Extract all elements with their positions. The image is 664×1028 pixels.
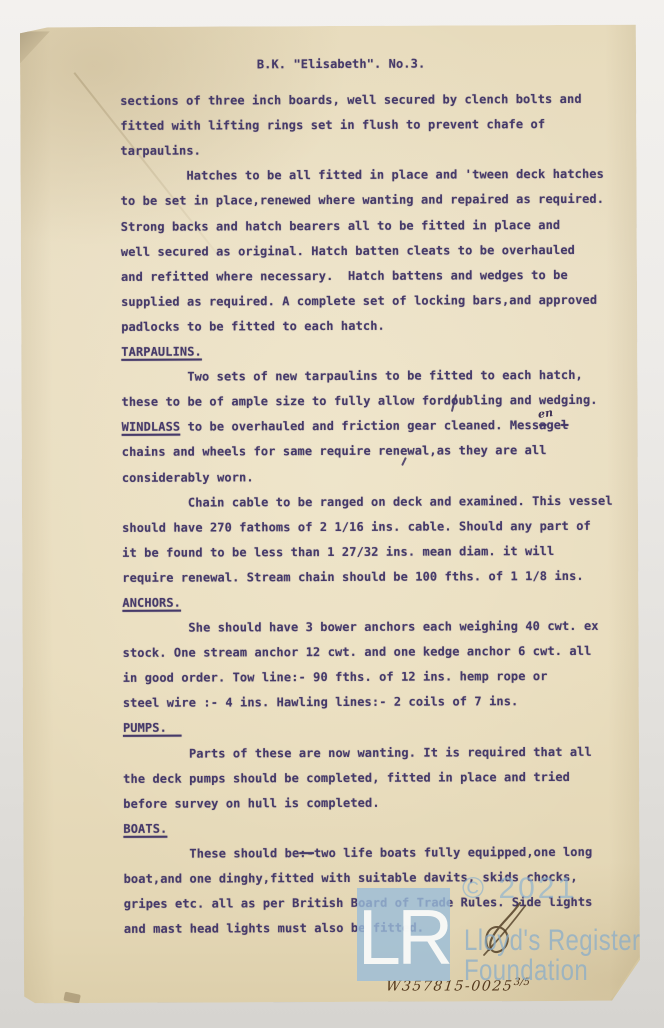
handwritten-correction: en xyxy=(537,406,554,421)
page-title: B.K. "Elisabeth". No.3. xyxy=(120,51,606,78)
text-line: it be found to be less than 1 27/32 ins.… xyxy=(122,539,608,566)
reference-number: W357815-00253/5 xyxy=(385,977,530,995)
text-line: these to be of ample size to fully allow… xyxy=(121,388,607,415)
text-line: should have 270 fathoms of 2 1/16 ins. c… xyxy=(122,513,608,540)
text-line: to be set in place,renewed where wanting… xyxy=(121,187,607,214)
reference-number-text: W357815-0025 xyxy=(385,979,514,995)
text-line: These should be:-two life boats fully eq… xyxy=(123,840,609,867)
text-line: well secured as original. Hatch batten c… xyxy=(121,237,607,264)
text-line: tarpaulins. xyxy=(120,137,606,164)
text-line: sections of three inch boards, well secu… xyxy=(120,87,606,114)
text-line: in good order. Tow line:- 90 fths. of 12… xyxy=(123,664,609,691)
top-left-fold xyxy=(20,31,50,63)
text-line: steel wire :- 4 ins. Hawling lines:- 2 c… xyxy=(123,689,609,716)
text-line: Hatches to be all fitted in place and 't… xyxy=(120,162,606,189)
text-line: before survey on hull is completed. xyxy=(123,790,609,817)
text-line: Strong backs and hatch bearers all to be… xyxy=(121,212,607,239)
text-line: stock. One stream anchor 12 cwt. and one… xyxy=(123,639,609,666)
text-line: fitted with lifting rings set in flush t… xyxy=(120,112,606,139)
text-line: PUMPS. xyxy=(123,714,609,741)
text-line: ANCHORS. xyxy=(122,589,608,616)
text-line: considerably worn. xyxy=(122,463,608,490)
text-line: and refitted where necessary. Hatch batt… xyxy=(121,263,607,290)
reference-number-suffix: 3/5 xyxy=(513,977,530,988)
text-line: require renewal. Stream chain should be … xyxy=(122,564,608,591)
document-page: B.K. "Elisabeth". No.3. sections of thre… xyxy=(20,25,640,1004)
text-line: Two sets of new tarpaulins to be fitted … xyxy=(121,363,607,390)
text-line: supplied as required. A complete set of … xyxy=(121,288,607,315)
text-line: She should have 3 bower anchors each wei… xyxy=(122,614,608,641)
handwritten-signature xyxy=(478,899,540,963)
text-line: Parts of these are now wanting. It is re… xyxy=(123,739,609,766)
text-line: boat,and one dinghy,fitted with suitable… xyxy=(124,865,610,892)
bottom-right-fold xyxy=(610,957,640,1001)
scan-background: B.K. "Elisabeth". No.3. sections of thre… xyxy=(0,0,664,1028)
paper-nick xyxy=(63,992,80,1004)
text-line: the deck pumps should be completed, fitt… xyxy=(123,764,609,791)
text-line: WINDLASS to be overhauled and friction g… xyxy=(122,413,608,440)
text-line: Chain cable to be ranged on deck and exa… xyxy=(122,488,608,515)
document-body: sections of three inch boards, well secu… xyxy=(120,87,610,942)
typewritten-content: B.K. "Elisabeth". No.3. sections of thre… xyxy=(120,51,610,942)
text-line: chains and wheels for same require renew… xyxy=(122,438,608,465)
text-line: TARPAULINS. xyxy=(121,338,607,365)
text-line: BOATS. xyxy=(123,815,609,842)
text-line: padlocks to be fitted to each hatch. xyxy=(121,313,607,340)
